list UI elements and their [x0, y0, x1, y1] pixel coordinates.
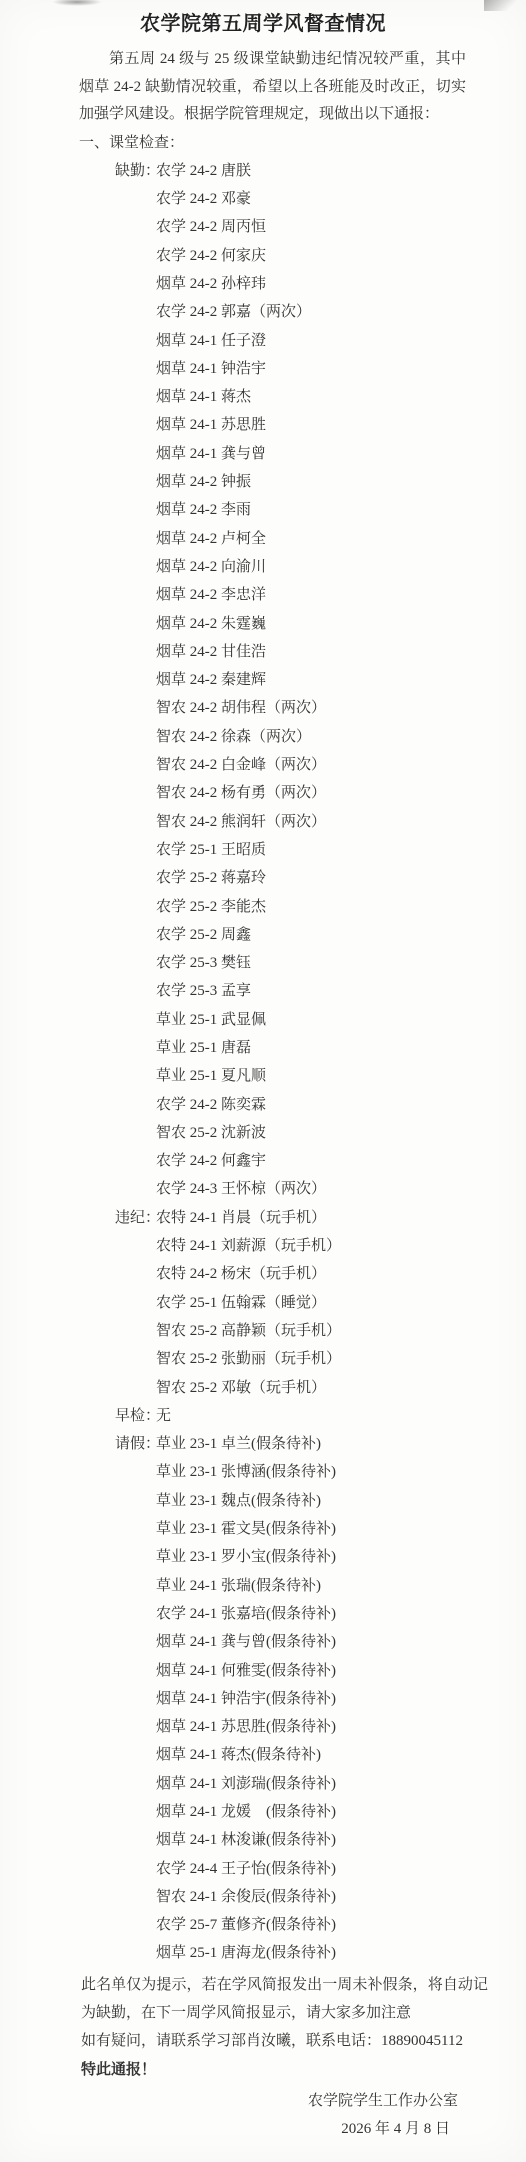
list-item: 烟草 24-1 蒋杰(假条待补)	[156, 1741, 526, 1769]
morning-check-list: 无	[156, 1402, 526, 1430]
list-item: 智农 24-2 胡伟程（两次）	[156, 694, 526, 722]
list-item: 烟草 24-1 苏思胜(假条待补)	[156, 1713, 526, 1741]
signature-office: 农学院学生工作办公室	[0, 2087, 458, 2115]
list-item: 智农 24-2 熊润轩（两次）	[156, 808, 526, 836]
list-item: 烟草 24-1 龙媛 (假条待补)	[156, 1798, 526, 1826]
absent-list: 农学 24-2 唐朕农学 24-2 邓豪农学 24-2 周丙恒农学 24-2 何…	[156, 157, 526, 1204]
list-item: 农学 24-3 王怀椋（两次）	[156, 1175, 526, 1203]
list-item: 农特 24-1 刘薪源（玩手机）	[156, 1232, 526, 1260]
list-item: 烟草 24-1 何雅雯(假条待补)	[156, 1657, 526, 1685]
list-item: 无	[156, 1402, 526, 1430]
list-item: 农学 24-2 何家庆	[156, 242, 526, 270]
list-item: 烟草 24-2 卢柯全	[156, 525, 526, 553]
list-item: 烟草 24-2 李忠洋	[156, 581, 526, 609]
list-item: 农学 25-1 王昭质	[156, 836, 526, 864]
list-item: 草业 25-1 唐磊	[156, 1034, 526, 1062]
intro-paragraph: 第五周 24 级与 25 级课堂缺勤违纪情况较严重，其中烟草 24-2 缺勤情况…	[79, 46, 466, 129]
list-item: 烟草 24-1 蒋杰	[156, 383, 526, 411]
list-item: 农特 24-2 杨宋（玩手机）	[156, 1260, 526, 1288]
list-item: 智农 24-2 白金峰（两次）	[156, 751, 526, 779]
list-item: 智农 25-2 张勤丽（玩手机）	[156, 1345, 526, 1373]
list-item: 农学 24-1 张嘉培(假条待补)	[156, 1600, 526, 1628]
list-item: 农学 25-3 樊钰	[156, 949, 526, 977]
list-item: 智农 24-2 杨有勇（两次）	[156, 779, 526, 807]
list-item: 智农 24-1 余俊辰(假条待补)	[156, 1883, 526, 1911]
violation-list: 农特 24-1 肖晨（玩手机）农特 24-1 刘薪源（玩手机）农特 24-2 杨…	[156, 1204, 526, 1402]
list-item: 草业 23-1 罗小宝(假条待补)	[156, 1543, 526, 1571]
subsection-morning-check: 早检： 无	[0, 1402, 526, 1430]
list-item: 草业 23-1 卓兰(假条待补)	[156, 1430, 526, 1458]
list-item: 烟草 24-2 甘佳浩	[156, 638, 526, 666]
list-item: 烟草 24-1 任子澄	[156, 327, 526, 355]
list-item: 草业 23-1 魏点(假条待补)	[156, 1487, 526, 1515]
list-item: 智农 25-2 沈新波	[156, 1119, 526, 1147]
list-item: 智农 25-2 邓敏（玩手机）	[156, 1374, 526, 1402]
list-item: 烟草 24-2 朱霆巍	[156, 610, 526, 638]
list-item: 烟草 24-1 苏思胜	[156, 411, 526, 439]
list-item: 农学 24-2 邓豪	[156, 185, 526, 213]
list-item: 烟草 24-1 林浚谦(假条待补)	[156, 1826, 526, 1854]
absent-label: 缺勤：	[115, 157, 156, 1204]
list-item: 草业 24-1 张瑞(假条待补)	[156, 1572, 526, 1600]
list-item: 农学 25-2 蒋嘉玲	[156, 864, 526, 892]
list-item: 农学 25-3 孟享	[156, 977, 526, 1005]
list-item: 烟草 24-1 龚与曾(假条待补)	[156, 1628, 526, 1656]
section-heading: 一、课堂检查：	[79, 129, 466, 157]
notice-ending: 特此通报！	[81, 2056, 526, 2084]
photo-edge-artifact	[484, 0, 526, 11]
list-item: 烟草 24-2 孙梓玮	[156, 270, 526, 298]
signature-block: 农学院学生工作办公室 2026 年 4 月 8 日	[0, 2087, 526, 2144]
list-item: 烟草 24-1 刘澎瑞(假条待补)	[156, 1770, 526, 1798]
subsection-absent: 缺勤： 农学 24-2 唐朕农学 24-2 邓豪农学 24-2 周丙恒农学 24…	[0, 157, 526, 1204]
document-page: 农学院第五周学风督查情况 第五周 24 级与 25 级课堂缺勤违纪情况较严重，其…	[0, 0, 526, 2162]
list-item: 农学 24-2 周丙恒	[156, 213, 526, 241]
list-item: 智农 25-2 高静颖（玩手机）	[156, 1317, 526, 1345]
subsection-leave: 请假： 草业 23-1 卓兰(假条待补)草业 23-1 张博涵(假条待补)草业 …	[0, 1430, 526, 1968]
leave-list: 草业 23-1 卓兰(假条待补)草业 23-1 张博涵(假条待补)草业 23-1…	[156, 1430, 526, 1968]
list-item: 草业 25-1 夏凡顺	[156, 1062, 526, 1090]
list-item: 烟草 24-1 龚与曾	[156, 440, 526, 468]
violation-label: 违纪：	[115, 1204, 156, 1402]
list-item: 草业 23-1 张博涵(假条待补)	[156, 1458, 526, 1486]
list-item: 烟草 24-2 向渝川	[156, 553, 526, 581]
list-item: 草业 23-1 霍文昊(假条待补)	[156, 1515, 526, 1543]
contact-line: 如有疑问，请联系学习部肖汝曦，联系电话：18890045112	[81, 2027, 496, 2055]
list-item: 烟草 24-2 秦建辉	[156, 666, 526, 694]
list-item: 烟草 24-2 李雨	[156, 496, 526, 524]
list-item: 智农 24-2 徐森（两次）	[156, 723, 526, 751]
list-item: 农学 24-2 郭嘉（两次）	[156, 298, 526, 326]
list-item: 农学 24-2 唐朕	[156, 157, 526, 185]
list-item: 烟草 25-1 唐海龙(假条待补)	[156, 1939, 526, 1967]
list-item: 农学 24-2 何鑫宇	[156, 1147, 526, 1175]
list-item: 农学 24-4 王子怡(假条待补)	[156, 1855, 526, 1883]
list-item: 烟草 24-1 钟浩宇	[156, 355, 526, 383]
list-item: 农学 25-2 周鑫	[156, 921, 526, 949]
list-item: 农学 25-1 伍翰霖（睡觉）	[156, 1289, 526, 1317]
morning-check-label: 早检：	[115, 1402, 156, 1430]
list-item: 农学 24-2 陈奕霖	[156, 1091, 526, 1119]
photo-edge-artifact	[52, 0, 102, 6]
list-item: 农学 25-7 董修齐(假条待补)	[156, 1911, 526, 1939]
list-item: 农学 25-2 李能杰	[156, 893, 526, 921]
list-item: 草业 25-1 武显佩	[156, 1006, 526, 1034]
subsection-violation: 违纪： 农特 24-1 肖晨（玩手机）农特 24-1 刘薪源（玩手机）农特 24…	[0, 1204, 526, 1402]
list-item: 烟草 24-1 钟浩宇(假条待补)	[156, 1685, 526, 1713]
page-title: 农学院第五周学风督查情况	[0, 10, 526, 38]
signature-date: 2026 年 4 月 8 日	[0, 2115, 450, 2143]
list-item: 烟草 24-2 钟振	[156, 468, 526, 496]
leave-label: 请假：	[115, 1430, 156, 1968]
list-item: 农特 24-1 肖晨（玩手机）	[156, 1204, 526, 1232]
closing-note: 此名单仅为提示，若在学风简报发出一周未补假条，将自动记为缺勤，在下一周学风简报显…	[81, 1971, 488, 2028]
